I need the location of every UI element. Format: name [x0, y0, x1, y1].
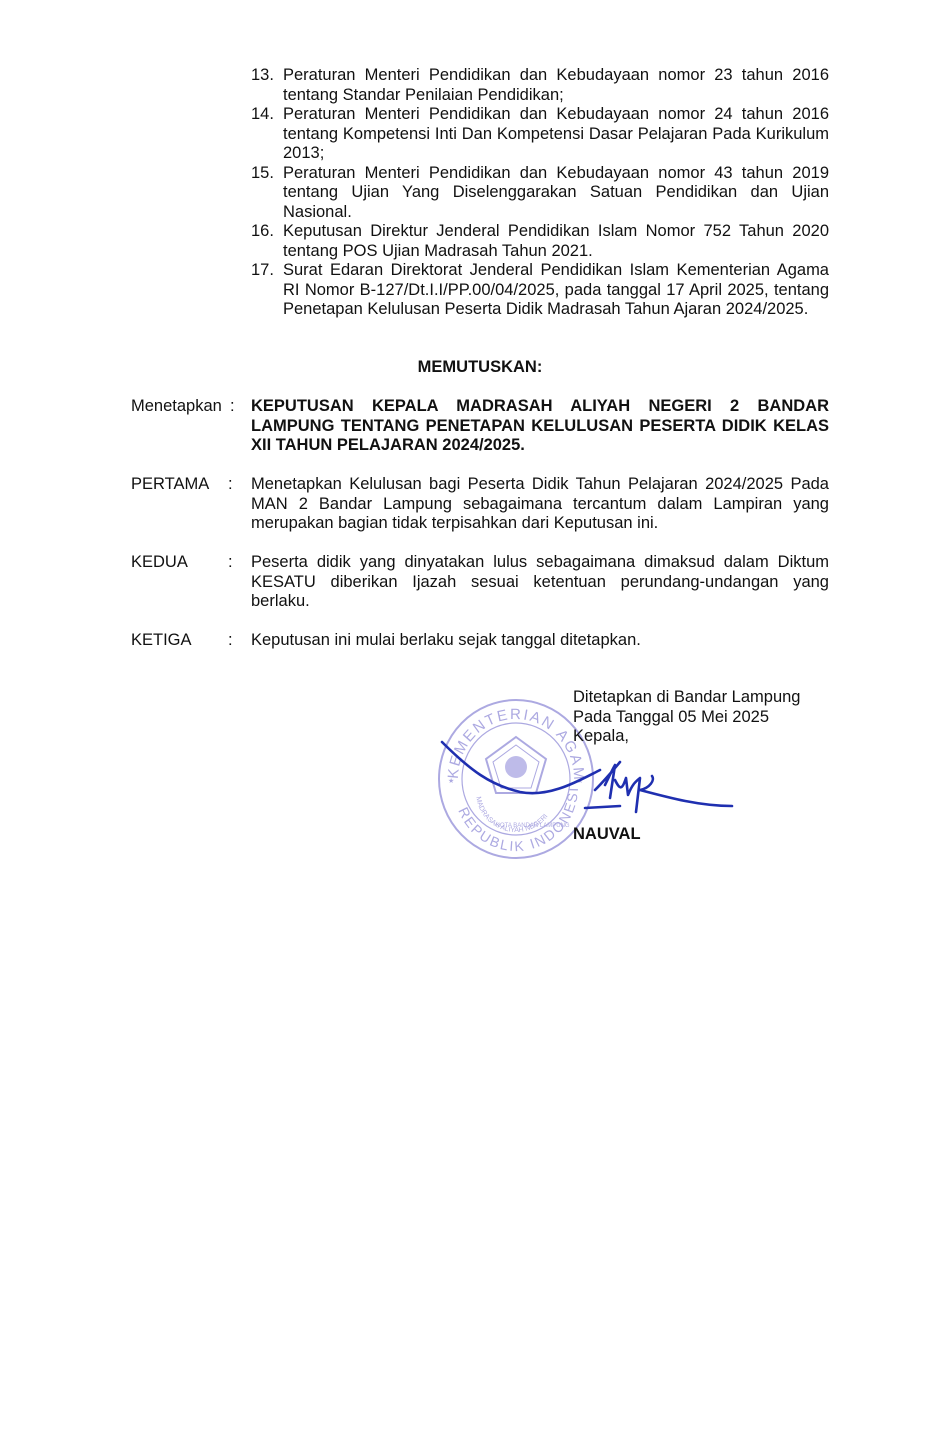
decision-menetapkan: Menetapkan : KEPUTUSAN KEPALA MADRASAH A… [131, 397, 829, 456]
considerations-list: 13.Peraturan Menteri Pendidikan dan Kebu… [251, 66, 829, 320]
signature-date: Pada Tanggal 05 Mei 2025 [573, 708, 801, 728]
handwritten-signature-icon [440, 740, 740, 840]
signature-place: Ditetapkan di Bandar Lampung [573, 688, 801, 708]
consideration-item: 15.Peraturan Menteri Pendidikan dan Kebu… [251, 164, 829, 223]
consideration-item: 13.Peraturan Menteri Pendidikan dan Kebu… [251, 66, 829, 105]
consideration-item: 17.Surat Edaran Direktorat Jenderal Pend… [251, 261, 829, 320]
decision-kedua: KEDUA : Peserta didik yang dinyatakan lu… [131, 553, 829, 612]
decision-pertama: PERTAMA : Menetapkan Kelulusan bagi Pese… [131, 475, 829, 534]
consideration-item: 16.Keputusan Direktur Jenderal Pendidika… [251, 222, 829, 261]
decision-heading: MEMUTUSKAN: [0, 358, 940, 378]
consideration-item: 14.Peraturan Menteri Pendidikan dan Kebu… [251, 105, 829, 164]
decision-ketiga: KETIGA : Keputusan ini mulai berlaku sej… [131, 631, 829, 651]
